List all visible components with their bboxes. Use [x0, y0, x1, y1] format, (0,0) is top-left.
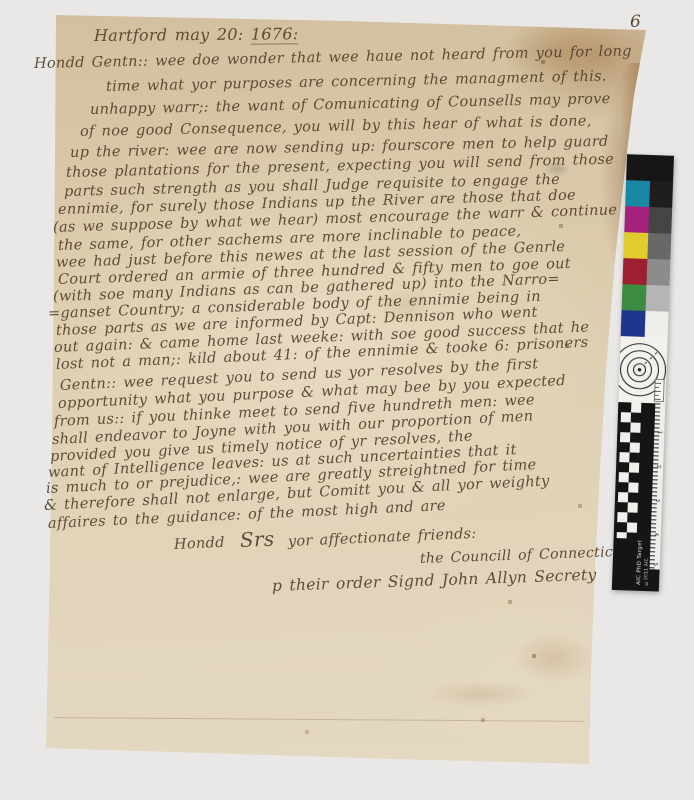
manuscript-line: Hondd Gentn:: wee doe wonder that wee ha…	[34, 43, 632, 72]
ruler-number: 3	[654, 495, 660, 505]
closing-sirs-flourish: Srs	[239, 527, 274, 552]
gray-step-patch	[648, 207, 672, 234]
target-header-patch	[626, 154, 674, 182]
dateline-place: Hartford may 20:	[94, 25, 251, 45]
bullseye-icon	[618, 336, 667, 404]
target-copyright: ©2011 AIC	[644, 558, 650, 585]
photograph-stage: 6 Hartford may 20: 1676: Hondd Gentn:: w…	[0, 0, 694, 800]
dateline-year: 1676:	[251, 24, 299, 44]
gray-step-patch	[646, 259, 670, 286]
gray-step-patch	[647, 233, 671, 260]
color-patch-row	[621, 310, 669, 338]
closing-friends: yor affectionate friends:	[288, 526, 477, 550]
color-patch-row	[623, 232, 671, 260]
closing-honored: Hondd	[174, 535, 225, 553]
gray-step-patch	[645, 285, 669, 312]
ruler-number: 5	[652, 559, 658, 569]
ruler-section: 1 2 3 4 5 AIC PhD Target ©2011 AIC	[612, 402, 666, 592]
color-patch-row	[622, 258, 670, 286]
color-patch-row	[624, 206, 672, 234]
color-patch-blue	[621, 310, 645, 337]
gray-step-patch	[644, 311, 668, 338]
dateline: Hartford may 20: 1676:	[94, 24, 299, 45]
color-patch-magenta	[624, 206, 648, 233]
ruler-number: 1	[656, 427, 662, 437]
target-label: AIC PhD Target	[636, 540, 644, 585]
council-signature: the Councill of Connecticutt	[420, 544, 635, 567]
checkerboard-scale	[617, 402, 642, 539]
color-patch-red	[622, 258, 646, 285]
color-patch-cyan	[625, 180, 649, 207]
gray-step-patch	[649, 181, 673, 208]
color-patch-yellow	[623, 232, 647, 259]
manuscript-line: time what yor purposes are concerning th…	[106, 69, 607, 95]
registration-bullseye	[618, 336, 667, 404]
color-patch-green	[622, 284, 646, 311]
ruler-number: 2	[655, 461, 661, 471]
color-patch-row	[622, 284, 670, 312]
secretary-signature: p their order Signd John Allyn Secrety	[272, 566, 597, 595]
color-patch-row	[625, 180, 673, 208]
manuscript-text: 6 Hartford may 20: 1676: Hondd Gentn:: w…	[0, 0, 694, 800]
ruler-number: 4	[653, 529, 659, 539]
page-number: 6	[630, 12, 641, 32]
